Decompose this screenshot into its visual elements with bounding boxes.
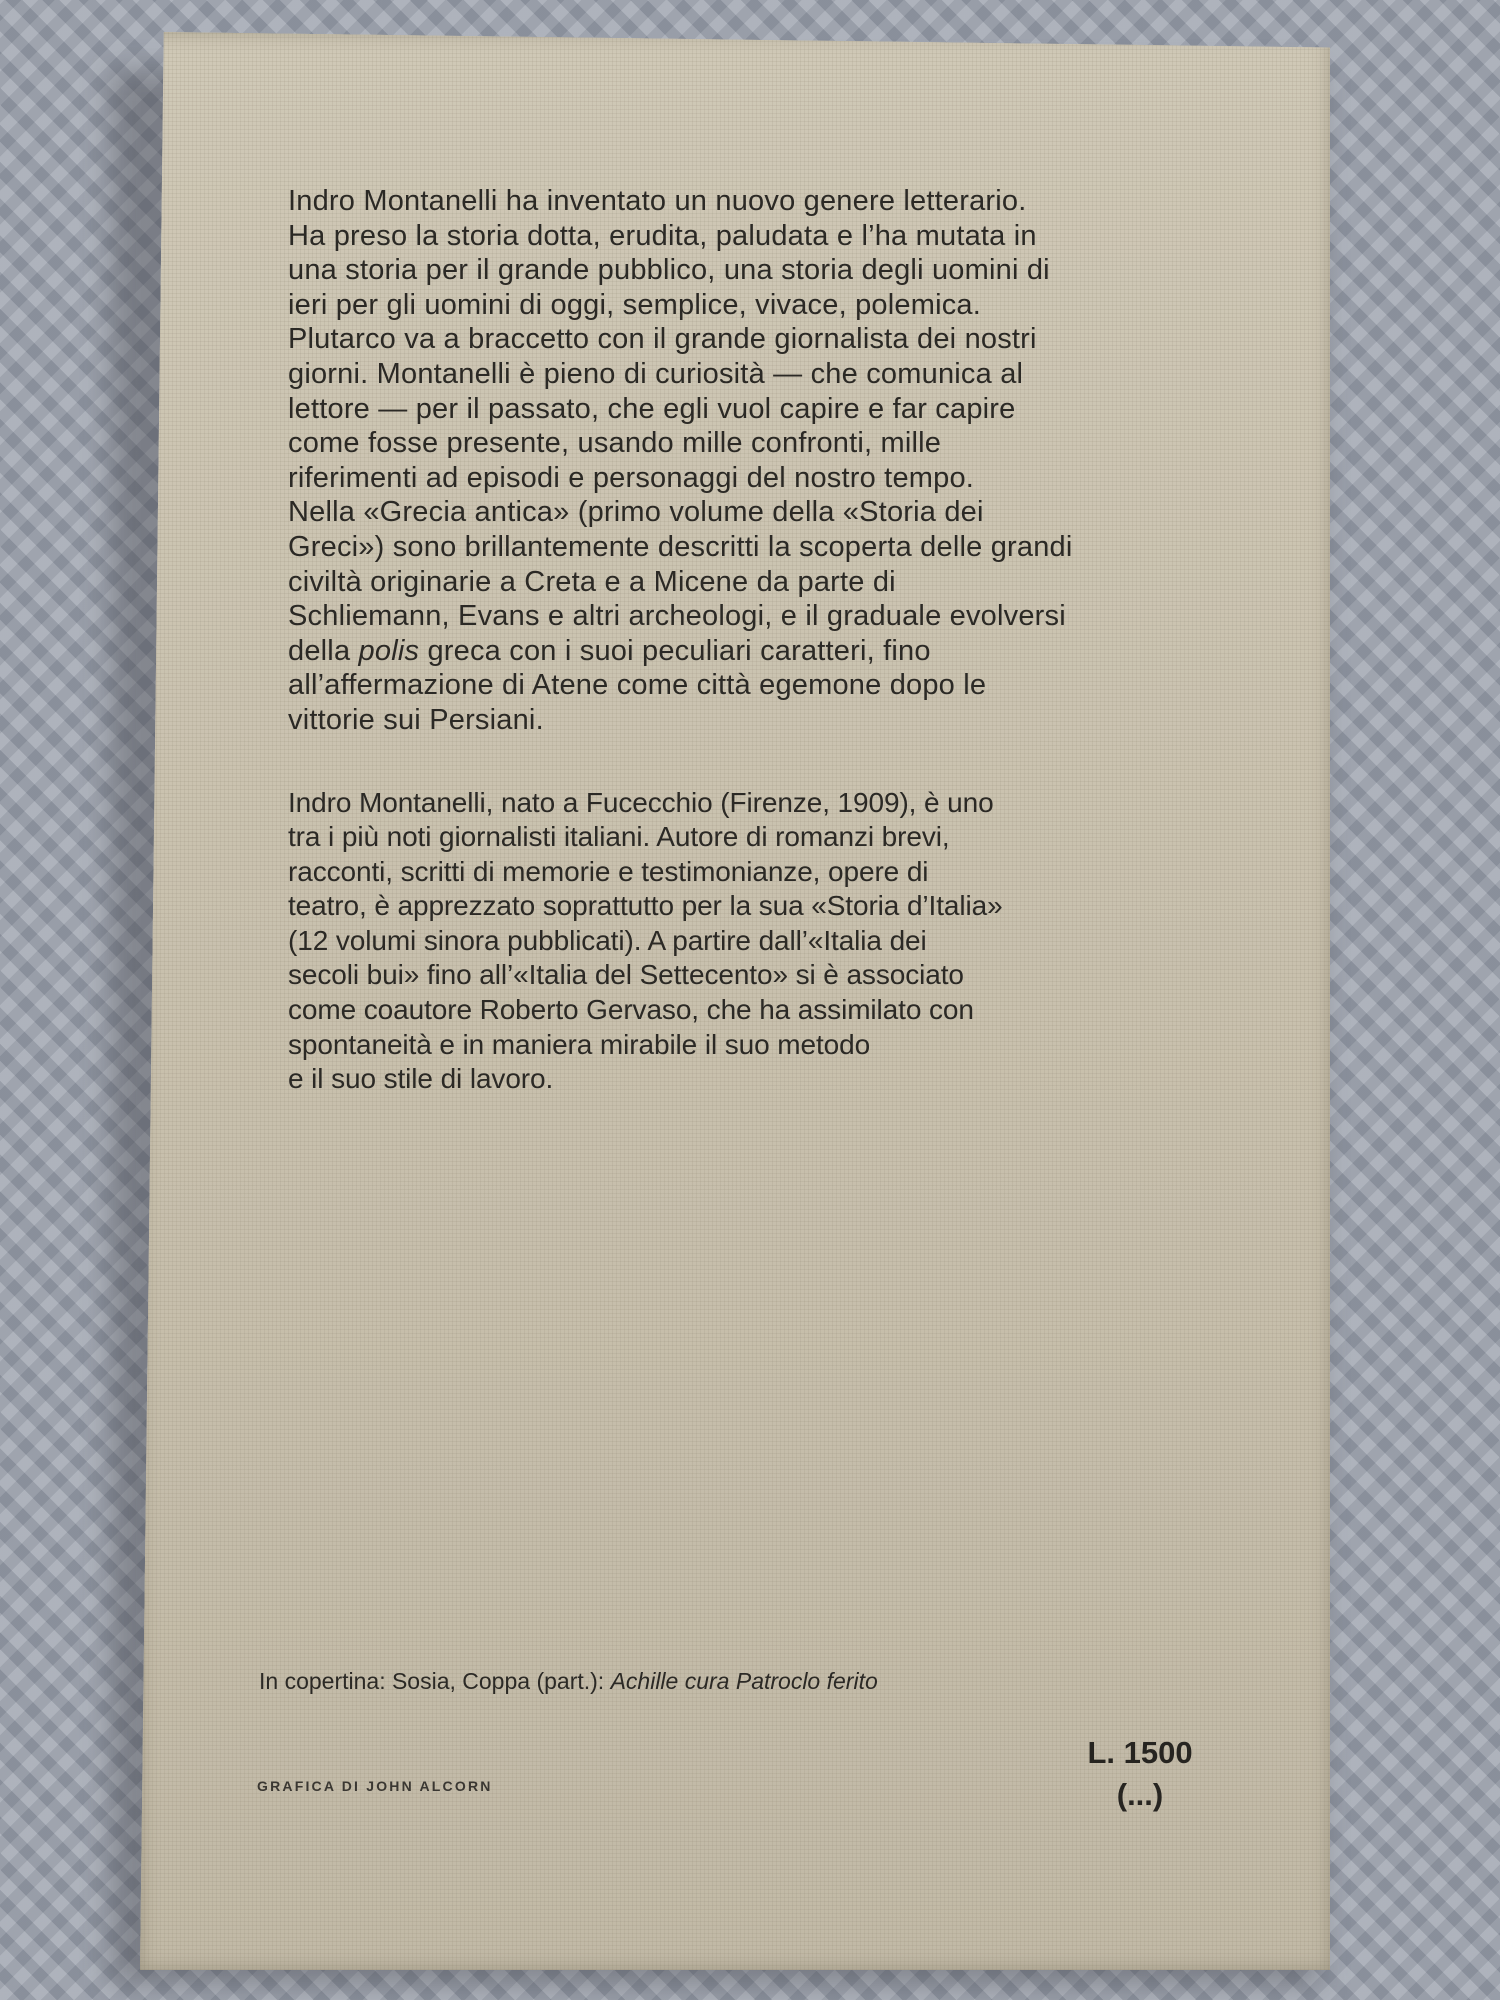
bio-line: come coautore Roberto Gervaso, che ha as… [288, 993, 1288, 1028]
blurb: Indro Montanelli ha inventato un nuovo g… [288, 184, 1288, 1097]
blurb-line: riferimenti ad episodi e personaggi del … [288, 461, 1288, 496]
blurb-line: una storia per il grande pubblico, una s… [288, 253, 1288, 288]
bio-line: secoli bui» fino all’«Italia del Settece… [288, 958, 1288, 993]
bio-line: teatro, è apprezzato soprattutto per la … [288, 889, 1288, 924]
bio-line: tra i più noti giornalisti italiani. Aut… [288, 820, 1288, 855]
blurb-line: Greci») sono brillantemente descritti la… [288, 530, 1288, 565]
book-back-cover: Indro Montanelli ha inventato un nuovo g… [140, 32, 1330, 1970]
cover-artwork-title: Achille cura Patroclo ferito [611, 1668, 878, 1694]
author-bio: Indro Montanelli, nato a Fucecchio (Fire… [288, 786, 1288, 1097]
blurb-line: Schliemann, Evans e altri archeologi, e … [288, 599, 1288, 634]
bio-line: e il suo stile di lavoro. [288, 1062, 1288, 1097]
blurb-text: della [288, 635, 359, 667]
bio-line: spontaneità e in maniera mirabile il suo… [288, 1028, 1288, 1063]
blurb-line: ieri per gli uomini di oggi, semplice, v… [288, 288, 1288, 323]
price-amount: L. 1500 [1070, 1732, 1210, 1774]
blurb-line: giorni. Montanelli è pieno di curiosità … [288, 357, 1288, 392]
blurb-line: Plutarco va a braccetto con il grande gi… [288, 322, 1288, 357]
blurb-line: Nella «Grecia antica» (primo volume dell… [288, 495, 1288, 530]
blurb-line: civiltà originarie a Creta e a Micene da… [288, 565, 1288, 600]
blurb-line: della polis greca con i suoi peculiari c… [288, 634, 1288, 669]
designer-credit: GRAFICA DI JOHN ALCORN [257, 1778, 493, 1794]
blurb-line: Indro Montanelli ha inventato un nuovo g… [288, 184, 1288, 219]
blurb-line: come fosse presente, usando mille confro… [288, 426, 1288, 461]
bio-line: racconti, scritti di memorie e testimoni… [288, 855, 1288, 890]
italic-term: polis [359, 635, 420, 667]
cover-credit: In copertina: Sosia, Coppa (part.): Achi… [259, 1668, 878, 1695]
blurb-line: vittorie sui Persiani. [288, 703, 1288, 738]
price-block: L. 1500 (...) [1070, 1732, 1210, 1816]
bio-line: Indro Montanelli, nato a Fucecchio (Fire… [288, 786, 1288, 821]
price-note: (...) [1070, 1774, 1210, 1816]
blurb-line: all’affermazione di Atene come città ege… [288, 668, 1288, 703]
blurb-line: Ha preso la storia dotta, erudita, palud… [288, 219, 1288, 254]
blurb-line: lettore — per il passato, che egli vuol … [288, 392, 1288, 427]
cover-credit-prefix: In copertina: Sosia, Coppa (part.): [259, 1668, 611, 1694]
blurb-paragraph-1: Indro Montanelli ha inventato un nuovo g… [288, 184, 1288, 738]
bio-line: (12 volumi sinora pubblicati). A partire… [288, 924, 1288, 959]
blurb-text: greca con i suoi peculiari caratteri, fi… [419, 635, 931, 667]
